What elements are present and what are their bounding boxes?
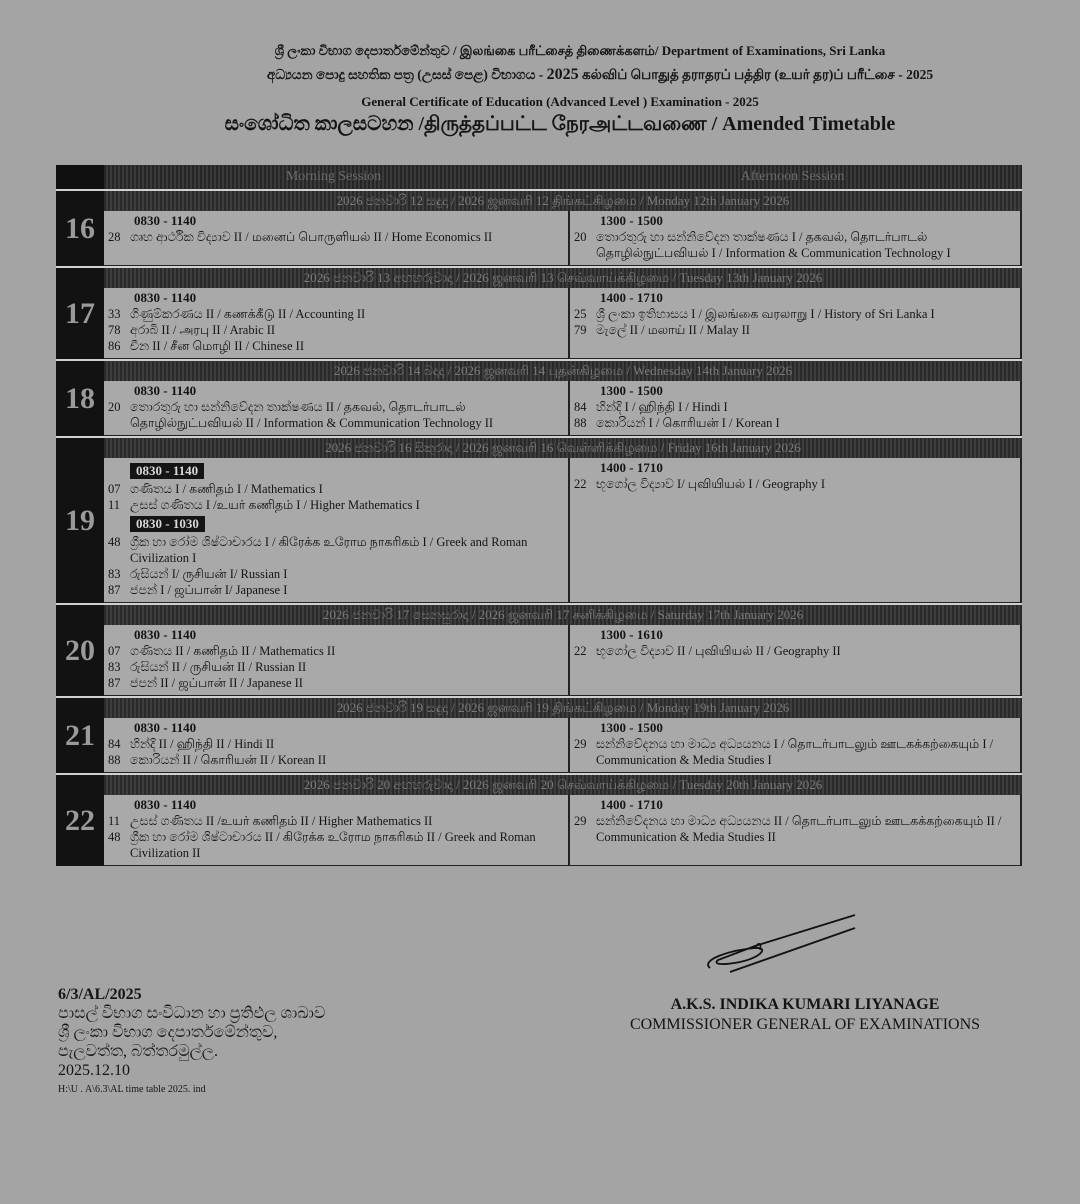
timetable: Morning Session Afternoon Session 162026…	[56, 165, 1022, 866]
subject-entry: 78අරාබි II / அரபு II / Arabic II	[108, 322, 562, 338]
exam-time: 0830 - 1140	[108, 383, 562, 399]
afternoon-session-cell: 1300 - 150020තොරතුරු හා සන්නිවේදන තාක්ෂණ…	[570, 211, 1022, 265]
day-number: 18	[56, 361, 104, 436]
subject-name: කොරියන් II / கொரியன் II / Korean II	[130, 752, 562, 768]
day-body: 2026 ජනවාරි 16 සිකුරාදා / 2026 ஜனவரி 16 …	[104, 438, 1022, 603]
morning-session-cell: 0830 - 114007ගණිතය II / கணிதம் II / Math…	[104, 625, 570, 695]
subject-entry: 33ගිණුම්කරණය II / கணக்கீடு II / Accounti…	[108, 306, 562, 322]
exam-time: 0830 - 1140	[108, 213, 562, 229]
morning-session-cell: 0830 - 114084හින්දි II / ஹிந்தி II / Hin…	[104, 718, 570, 772]
subject-code: 22	[574, 643, 596, 659]
subject-name: උසස් ගණිතය II /உயர் கணிதம் II / Higher M…	[130, 813, 562, 829]
subject-entry: 84හින්දි II / ஹிந்தி II / Hindi II	[108, 736, 562, 752]
day-number: 20	[56, 605, 104, 696]
subject-entry: 83රුසියන් II / ருசியன் II / Russian II	[108, 659, 562, 675]
subject-entry: 29සන්නිවේදනය හා මාධ්‍ය අධ්‍යයනය II / தொட…	[574, 813, 1014, 845]
day-number: 19	[56, 438, 104, 603]
subject-code: 83	[108, 566, 130, 582]
signatory-name: A.K.S. INDIKA KUMARI LIYANAGE	[610, 995, 1000, 1015]
subject-code: 11	[108, 813, 130, 829]
exam-heading-multilingual: අධ්‍යයන පොදු සහතික පත්‍ර (උසස් පෙළ) විභා…	[60, 66, 1080, 85]
subject-code: 07	[108, 481, 130, 497]
subject-entry: 25ශ්‍රී ලංකා ඉතිහාසය I / இலங்கை வரலாறு I…	[574, 306, 1014, 322]
file-path: H:\U . A\6.3\AL time table 2025. ind	[58, 1080, 325, 1099]
day-body: 2026 ජනවාරි 17 සෙනසුරාදා / 2026 ஜனவரி 17…	[104, 605, 1022, 696]
date-band: 2026 ජනවාරි 16 සිකුරාදා / 2026 ஜனவரி 16 …	[104, 438, 1022, 458]
reference-number: 6/3/AL/2025	[58, 985, 325, 1004]
signatory-block: A.K.S. INDIKA KUMARI LIYANAGE COMMISSION…	[610, 995, 1000, 1035]
day-row: 192026 ජනවාරි 16 සිකුරාදා / 2026 ஜனவரி 1…	[56, 436, 1022, 603]
subject-name: ගිණුම්කරණය II / கணக்கீடு II / Accounting…	[130, 306, 562, 322]
department-heading: ශ්‍රී ලංකා විභාග දෙපාර්තමේන්තුව / இலங்கை…	[40, 43, 1080, 60]
date-band: 2026 ජනවාරි 12 සඳුදා / 2026 ஜனவரி 12 திங…	[104, 191, 1022, 211]
afternoon-session-cell: 1400 - 171025ශ්‍රී ලංකා ඉතිහාසය I / இலங்…	[570, 288, 1022, 358]
day-row: 182026 ජනවාරි 14 බදාදා / 2026 ஜனவரி 14 ப…	[56, 359, 1022, 436]
subject-code: 84	[108, 736, 130, 752]
afternoon-session-cell: 1300 - 161022භූගෝල විද්‍යාව II / புவியிய…	[570, 625, 1022, 695]
day-body: 2026 ජනවාරි 20 අඟහරුවාදා / 2026 ஜனவரி 20…	[104, 775, 1022, 866]
morning-session-cell: 0830 - 114020තොරතුරු හා සන්නිවේදන තාක්ෂණ…	[104, 381, 570, 435]
subject-entry: 22භූගෝල විද්‍යාව II / புவியியல் II / Geo…	[574, 643, 1014, 659]
day-row: 202026 ජනවාරි 17 සෙනසුරාදා / 2026 ஜனவரி …	[56, 603, 1022, 696]
date-band: 2026 ජනවාරි 19 සඳුදා / 2026 ஜனவரி 19 திங…	[104, 698, 1022, 718]
subject-name: තොරතුරු හා සන්නිවේදන තාක්ෂණය I / தகவல், …	[596, 229, 1014, 261]
subject-entry: 11උසස් ගණිතය I /உயர் கணிதம் I / Higher M…	[108, 497, 562, 513]
subject-code: 88	[108, 752, 130, 768]
subject-entry: 86චීන II / சீன மொழி II / Chinese II	[108, 338, 562, 354]
subject-entry: 48ග්‍රීක හා රෝම ශිෂ්ටාචාරය II / கிரேக்க …	[108, 829, 562, 861]
session-cells: 0830 - 114007ගණිතය II / கணிதம் II / Math…	[104, 625, 1022, 696]
afternoon-session-label: Afternoon Session	[563, 169, 1022, 185]
page-title: සංශෝධිත කාලසටහන /திருத்தப்பட்ட நேரஅட்டவண…	[20, 113, 1080, 138]
signature	[700, 910, 870, 980]
subject-name: චීන II / சீன மொழி II / Chinese II	[130, 338, 562, 354]
day-number-header	[56, 165, 104, 189]
subject-entry: 07ගණිතය I / கணிதம் I / Mathematics I	[108, 481, 562, 497]
day-row: 222026 ජනවාරි 20 අඟහරුවාදා / 2026 ஜனவரி …	[56, 773, 1022, 866]
session-band: Morning Session Afternoon Session	[104, 165, 1022, 189]
day-number: 16	[56, 191, 104, 266]
subject-name: සන්නිවේදනය හා මාධ්‍ය අධ්‍යයනය II / தொடர்…	[596, 813, 1014, 845]
exam-time: 1300 - 1610	[574, 627, 1014, 643]
subject-entry: 20තොරතුරු හා සන්නිවේදන තාක්ෂණය I / தகவல்…	[574, 229, 1014, 261]
day-number: 21	[56, 698, 104, 773]
subject-code: 25	[574, 306, 596, 322]
day-body: 2026 ජනවාරි 14 බදාදා / 2026 ஜனவரி 14 புத…	[104, 361, 1022, 436]
afternoon-session-cell: 1400 - 171022භූගෝල විද්‍යාව I/ புவியியல்…	[570, 458, 1022, 602]
exam-time: 0830 - 1140	[108, 797, 562, 813]
subject-entry: 22භූගෝල විද්‍යාව I/ புவியியல் I / Geogra…	[574, 476, 1014, 492]
subject-entry: 07ගණිතය II / கணிதம் II / Mathematics II	[108, 643, 562, 659]
subject-entry: 88කොරියන් I / கொரியன் I / Korean I	[574, 415, 1014, 431]
session-cells: 0830 - 114020තොරතුරු හා සන්නිවේදන තාක්ෂණ…	[104, 381, 1022, 436]
issue-date: 2025.12.10	[58, 1061, 325, 1080]
session-cells: 0830 - 114084හින්දි II / ஹிந்தி II / Hin…	[104, 718, 1022, 773]
session-cells: 0830 - 114011උසස් ගණිතය II /உயர் கணிதம் …	[104, 795, 1022, 866]
subject-entry: 29සන්නිවේදනය හා මාධ්‍ය අධ්‍යයනය I / தொடர…	[574, 736, 1014, 768]
subject-code: 07	[108, 643, 130, 659]
subject-code: 87	[108, 582, 130, 598]
subject-name: හින්දි II / ஹிந்தி II / Hindi II	[130, 736, 562, 752]
date-band: 2026 ජනවාරි 17 සෙනසුරාදා / 2026 ஜனவரி 17…	[104, 605, 1022, 625]
subject-code: 87	[108, 675, 130, 691]
day-body: 2026 ජනවාරි 19 සඳුදා / 2026 ஜனவரி 19 திங…	[104, 698, 1022, 773]
subject-name: භූගෝල විද්‍යාව I/ புவியியல் I / Geograph…	[596, 476, 1014, 492]
subject-entry: 28ගෘහ ආර්ථික විද්‍යාව II / மனைப் பொருளிய…	[108, 229, 562, 245]
day-rows: 162026 ජනවාරි 12 සඳුදා / 2026 ஜனவரி 12 த…	[56, 189, 1022, 866]
morning-session-cell: 0830 - 114033ගිණුම්කරණය II / கணக்கீடு II…	[104, 288, 570, 358]
subject-name: උසස් ගණිතය I /உயர் கணிதம் I / Higher Mat…	[130, 497, 562, 513]
morning-session-cell: 0830 - 114028ගෘහ ආර්ථික විද්‍යාව II / மன…	[104, 211, 570, 265]
subject-code: 11	[108, 497, 130, 513]
session-cells: 0830 - 114033ගිණුම්කරණය II / கணக்கீடு II…	[104, 288, 1022, 359]
date-band: 2026 ජනවාරි 20 අඟහරුවාදා / 2026 ஜனவரி 20…	[104, 775, 1022, 795]
subject-name: ග්‍රීක හා රෝම ශිෂ්ටාචාරය II / கிரேக்க உர…	[130, 829, 562, 861]
morning-session-label: Morning Session	[104, 169, 563, 185]
day-row: 162026 ජනවාරි 12 සඳුදා / 2026 ஜனவரி 12 த…	[56, 189, 1022, 266]
subject-code: 83	[108, 659, 130, 675]
exam-time: 0830 - 1140	[108, 290, 562, 306]
exam-heading-english: General Certificate of Education (Advanc…	[20, 94, 1080, 110]
office-line-3: පැලවත්ත, බත්තරමුල්ල.	[58, 1042, 325, 1061]
exam-time: 1300 - 1500	[574, 383, 1014, 399]
footer-office-block: 6/3/AL/2025 පාසල් විභාග සංවිධාන හා ප්‍රත…	[58, 985, 325, 1099]
subject-entry: 48ග්‍රීක හා රෝම ශිෂ්ටාචාරය I / கிரேக்க உ…	[108, 534, 562, 566]
subject-entry: 20තොරතුරු හා සන්නිවේදන තාක්ෂණය II / தகவல…	[108, 399, 562, 431]
subject-name: ගණිතය I / கணிதம் I / Mathematics I	[130, 481, 562, 497]
exam-heading-sinhala: අධ්‍යයන පොදු සහතික පත්‍ර (උසස් පෙළ) විභා…	[267, 67, 547, 82]
afternoon-session-cell: 1400 - 171029සන්නිවේදනය හා මාධ්‍ය අධ්‍යය…	[570, 795, 1022, 865]
exam-time: 0830 - 1030	[130, 516, 205, 532]
morning-session-cell: 0830 - 114011උසස් ගණිතය II /உயர் கணிதம் …	[104, 795, 570, 865]
subject-code: 86	[108, 338, 130, 354]
morning-session-cell: 0830 - 114007ගණිතය I / கணிதம் I / Mathem…	[104, 458, 570, 602]
subject-entry: 88කොරියන් II / கொரியன் II / Korean II	[108, 752, 562, 768]
subject-code: 29	[574, 736, 596, 768]
exam-time: 0830 - 1140	[108, 627, 562, 643]
subject-code: 20	[574, 229, 596, 261]
subject-name: ග්‍රීක හා රෝම ශිෂ්ටාචාරය I / கிரேக்க உரோ…	[130, 534, 562, 566]
subject-name: රුසියන් I/ ருசியன் I/ Russian I	[130, 566, 562, 582]
subject-name: කොරියන් I / கொரியன் I / Korean I	[596, 415, 1014, 431]
exam-time: 1400 - 1710	[574, 797, 1014, 813]
subject-entry: 87ජපන් I / ஜப்பான் I/ Japanese I	[108, 582, 562, 598]
subject-name: සන්නිවේදනය හා මාධ්‍ය අධ්‍යයනය I / தொடர்ப…	[596, 736, 1014, 768]
office-line-1: පාසල් විභාග සංවිධාන හා ප්‍රතිඵල ශාඛාව	[58, 1004, 325, 1023]
day-number: 22	[56, 775, 104, 866]
subject-entry: 83රුසියන් I/ ருசியன் I/ Russian I	[108, 566, 562, 582]
subject-entry: 84හින්දි I / ஹிந்தி I / Hindi I	[574, 399, 1014, 415]
exam-heading-tamil: கல்விப் பொதுத் தராதரப் பத்திர (உயர் தர)ப…	[579, 67, 933, 82]
subject-name: ගණිතය II / கணிதம் II / Mathematics II	[130, 643, 562, 659]
subject-code: 22	[574, 476, 596, 492]
subject-name: භූගෝල විද්‍යාව II / புவியியல் II / Geogr…	[596, 643, 1014, 659]
subject-name: ජපන් I / ஜப்பான் I/ Japanese I	[130, 582, 562, 598]
subject-code: 20	[108, 399, 130, 431]
subject-entry: 87ජපන් II / ஜப்பான் II / Japanese II	[108, 675, 562, 691]
day-number: 17	[56, 268, 104, 359]
date-band: 2026 ජනවාරි 14 බදාදා / 2026 ஜனவரி 14 புத…	[104, 361, 1022, 381]
subject-code: 33	[108, 306, 130, 322]
subject-name: මැලේ II / மலாய் II / Malay II	[596, 322, 1014, 338]
subject-entry: 79මැලේ II / மலாய் II / Malay II	[574, 322, 1014, 338]
subject-name: රුසියන් II / ருசியன் II / Russian II	[130, 659, 562, 675]
afternoon-session-cell: 1300 - 150029සන්නිවේදනය හා මාධ්‍ය අධ්‍යය…	[570, 718, 1022, 772]
exam-time: 1400 - 1710	[574, 460, 1014, 476]
session-cells: 0830 - 114007ගණිතය I / கணிதம் I / Mathem…	[104, 458, 1022, 603]
subject-name: ශ්‍රී ලංකා ඉතිහාසය I / இலங்கை வரலாறு I /…	[596, 306, 1014, 322]
signatory-title: COMMISSIONER GENERAL OF EXAMINATIONS	[610, 1015, 1000, 1035]
subject-code: 48	[108, 829, 130, 861]
day-row: 172026 ජනවාරි 13 අඟහරුවාදා / 2026 ஜனவரி …	[56, 266, 1022, 359]
subject-name: තොරතුරු හා සන්නිවේදන තාක්ෂණය II / தகவல்,…	[130, 399, 562, 431]
session-cells: 0830 - 114028ගෘහ ආර්ථික විද්‍යාව II / மன…	[104, 211, 1022, 266]
date-band: 2026 ජනවාරි 13 අඟහරුවාදා / 2026 ஜனவரி 13…	[104, 268, 1022, 288]
afternoon-session-cell: 1300 - 150084හින්දි I / ஹிந்தி I / Hindi…	[570, 381, 1022, 435]
exam-time: 0830 - 1140	[130, 463, 204, 479]
day-body: 2026 ජනවාරි 12 සඳුදා / 2026 ஜனவரி 12 திங…	[104, 191, 1022, 266]
subject-code: 84	[574, 399, 596, 415]
office-line-2: ශ්‍රී ලංකා විභාග දෙපාර්තමේන්තුව,	[58, 1023, 325, 1042]
subject-code: 28	[108, 229, 130, 245]
exam-time: 1300 - 1500	[574, 720, 1014, 736]
subject-code: 79	[574, 322, 596, 338]
subject-code: 88	[574, 415, 596, 431]
subject-name: අරාබි II / அரபு II / Arabic II	[130, 322, 562, 338]
subject-name: හින්දි I / ஹிந்தி I / Hindi I	[596, 399, 1014, 415]
session-header-row: Morning Session Afternoon Session	[56, 165, 1022, 189]
exam-year: 2025	[547, 66, 579, 83]
day-body: 2026 ජනවාරි 13 අඟහරුවාදා / 2026 ஜனவரி 13…	[104, 268, 1022, 359]
subject-code: 48	[108, 534, 130, 566]
subject-name: ගෘහ ආර්ථික විද්‍යාව II / மனைப் பொருளியல்…	[130, 229, 562, 245]
day-row: 212026 ජනවාරි 19 සඳුදා / 2026 ஜனவரி 19 த…	[56, 696, 1022, 773]
subject-code: 78	[108, 322, 130, 338]
subject-code: 29	[574, 813, 596, 845]
exam-time: 1400 - 1710	[574, 290, 1014, 306]
subject-entry: 11උසස් ගණිතය II /உயர் கணிதம் II / Higher…	[108, 813, 562, 829]
exam-time: 0830 - 1140	[108, 720, 562, 736]
subject-name: ජපන් II / ஜப்பான் II / Japanese II	[130, 675, 562, 691]
exam-time: 1300 - 1500	[574, 213, 1014, 229]
